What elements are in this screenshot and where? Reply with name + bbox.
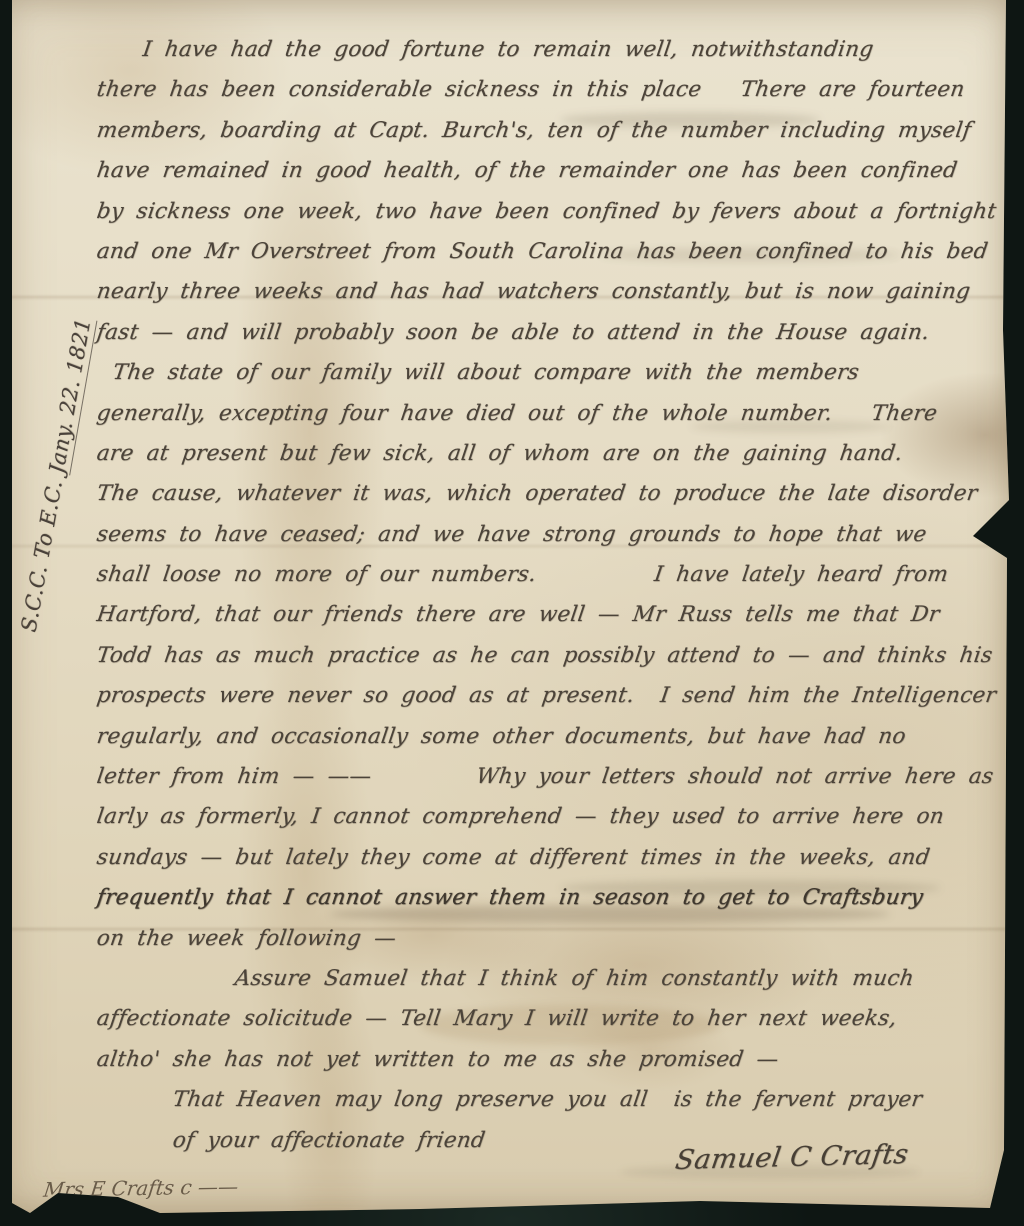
letter-line: affectionate solicitude — Tell Mary I wi… <box>94 999 1006 1039</box>
letter-line: Hartford, that our friends there are wel… <box>94 595 1006 635</box>
letter-line: have remained in good health, of the rem… <box>94 151 1006 191</box>
letter-line: The cause, whatever it was, which operat… <box>94 474 1006 514</box>
letter-line: letter from him — —— Why your letters sh… <box>94 757 1006 797</box>
letter-line: are at present but few sick, all of whom… <box>94 434 1006 474</box>
letter-line: on the week following — <box>94 919 1006 959</box>
address-note: Mrs E Crafts c —— <box>42 1174 239 1201</box>
marginal-docket: S.C.C. To E.C. Jany. 22. 1821 <box>11 301 101 649</box>
letter-line: fast — and will probably soon be able to… <box>94 313 1006 353</box>
letter-scan: S.C.C. To E.C. Jany. 22. 1821 I have had… <box>0 0 1024 1226</box>
letter-line: larly as formerly, I cannot comprehend —… <box>94 797 1006 837</box>
letter-line: members, boarding at Capt. Burch's, ten … <box>94 111 1006 151</box>
letter-line: and one Mr Overstreet from South Carolin… <box>94 232 1006 272</box>
letter-line: generally, excepting four have died out … <box>94 394 1006 434</box>
letter-line: That Heaven may long preserve you all is… <box>94 1080 1006 1120</box>
letter-line: seems to have ceased; and we have strong… <box>94 515 1006 555</box>
letter-line: Assure Samuel that I think of him consta… <box>94 959 1006 999</box>
letter-line: sundays — but lately they come at differ… <box>94 838 1006 878</box>
letter-line: Todd has as much practice as he can poss… <box>94 636 1006 676</box>
letter-page: S.C.C. To E.C. Jany. 22. 1821 I have had… <box>0 0 1024 1226</box>
letter-line: there has been considerable sickness in … <box>94 70 1006 110</box>
letter-line: The state of our family will about compa… <box>94 353 1006 393</box>
letter-body: I have had the good fortune to remain we… <box>94 30 1000 1161</box>
letter-line: I have had the good fortune to remain we… <box>94 30 1006 70</box>
letter-line: frequently that I cannot answer them in … <box>94 878 1006 918</box>
docket-date: Jany. 22. 1821 <box>44 316 97 476</box>
letter-line: regularly, and occasionally some other d… <box>94 717 1006 757</box>
letter-line: nearly three weeks and has had watchers … <box>94 272 1006 312</box>
letter-line: prospects were never so good as at prese… <box>94 676 1006 716</box>
letter-line: by sickness one week, two have been conf… <box>94 192 1006 232</box>
letter-line: shall loose no more of our numbers. I ha… <box>94 555 1006 595</box>
letter-line: altho' she has not yet written to me as … <box>94 1040 1006 1080</box>
docket-initials: S.C.C. To E.C. <box>17 471 69 634</box>
signature: Samuel C Crafts <box>673 1139 911 1176</box>
